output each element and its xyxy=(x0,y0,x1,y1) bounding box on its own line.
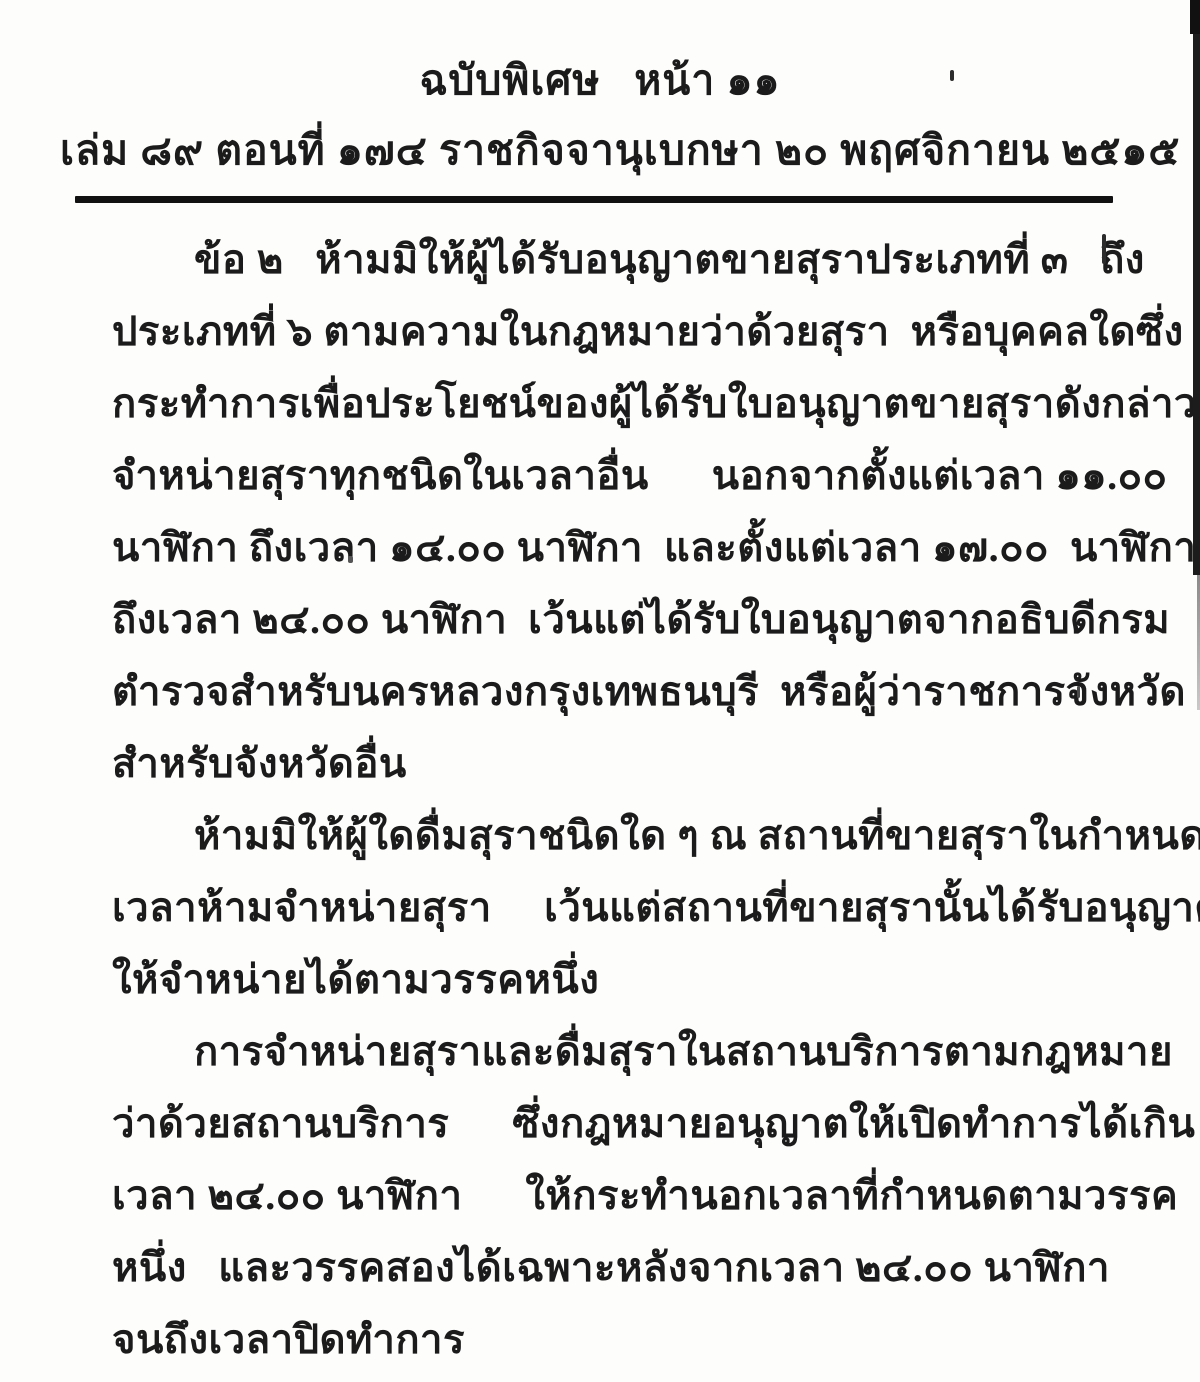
text-line: กระทำการเพื่อประโยชน์ของผู้ได้รับใบอนุญา… xyxy=(112,368,1117,440)
gazette-page: ฉบับพิเศษ หน้า ๑๑ เล่ม ๘๙ ตอนที่ ๑๗๔ ราช… xyxy=(0,0,1200,1382)
scan-speck xyxy=(1077,686,1080,698)
text-line: ว่าด้วยสถานบริการ ซึ่งกฎหมายอนุญาตให้เปิ… xyxy=(112,1088,1117,1160)
page-header-issue-title: ฉบับพิเศษ หน้า ๑๑ xyxy=(60,48,1140,113)
scan-speck xyxy=(1102,234,1106,264)
text-line: ถึงเวลา ๒๔.๐๐ นาฬิกา เว้นแต่ได้รับใบอนุญ… xyxy=(112,584,1117,656)
scan-edge-artifact-top xyxy=(1190,0,1200,34)
header-divider-rule xyxy=(75,196,1113,203)
text-line: นาฬิกา ถึงเวลา ๑๔.๐๐ นาฬิกา และตั้งแต่เว… xyxy=(112,512,1117,584)
text-line: จำหน่ายสุราทุกชนิดในเวลาอื่น นอกจากตั้งแ… xyxy=(112,440,1117,512)
text-line: ประเภทที่ ๖ ตามความในกฎหมายว่าด้วยสุรา ห… xyxy=(112,296,1117,368)
text-line: ตำรวจสำหรับนครหลวงกรุงเทพธนบุรี หรือผู้ว… xyxy=(112,656,1117,728)
text-line: จนถึงเวลาปิดทำการ xyxy=(112,1304,1117,1376)
scan-speck xyxy=(348,556,353,563)
text-line: ห้ามมิให้ผู้ใดดื่มสุราชนิดใด ๆ ณ สถานที่… xyxy=(112,800,1117,872)
text-line: การจำหน่ายสุราและดื่มสุราในสถานบริการตาม… xyxy=(112,1016,1117,1088)
text-line: สำหรับจังหวัดอื่น xyxy=(112,728,1117,800)
text-line: ให้จำหน่ายได้ตามวรรคหนึ่ง xyxy=(112,944,1117,1016)
text-line: ข้อ ๒ ห้ามมิให้ผู้ได้รับอนุญาตขายสุราประ… xyxy=(112,224,1117,296)
text-line: เวลาห้ามจำหน่ายสุรา เว้นแต่สถานที่ขายสุร… xyxy=(112,872,1117,944)
text-line: หนึ่ง และวรรคสองได้เฉพาะหลังจากเวลา ๒๔.๐… xyxy=(112,1232,1117,1304)
text-line: เวลา ๒๔.๐๐ นาฬิกา ให้กระทำนอกเวลาที่กำหน… xyxy=(112,1160,1117,1232)
scan-edge-artifact xyxy=(1193,0,1200,575)
scan-speck xyxy=(950,70,954,81)
document-body: ข้อ ๒ ห้ามมิให้ผู้ได้รับอนุญาตขายสุราประ… xyxy=(112,224,1117,1376)
page-header-volume-line: เล่ม ๘๙ ตอนที่ ๑๗๔ ราชกิจจานุเบกษา ๒๐ พฤ… xyxy=(60,118,1140,183)
